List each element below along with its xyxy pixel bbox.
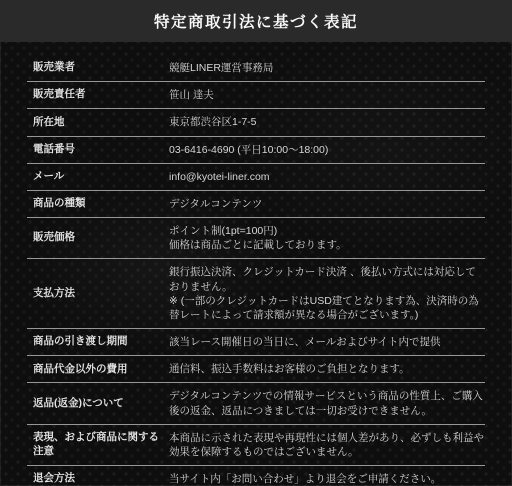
table-row-sales-manager: 販売責任者 笹山 達夫 — [27, 82, 485, 109]
row-label: 返品(返金)について — [27, 397, 169, 411]
row-label: 商品の種類 — [27, 197, 169, 211]
row-label: 表現、および商品に関する注意 — [27, 431, 169, 458]
table-row-seller: 販売業者 競艇LINER運営事務局 — [27, 55, 485, 82]
table-row-delivery-period: 商品の引き渡し期間 該当レース開催日の当日に、メールおよびサイト内で提供 — [27, 329, 485, 356]
table-row-payment-method: 支払方法 銀行振込決済、クレジットカード決済 、後払い方式には対応しておりません… — [27, 259, 485, 329]
row-label: 商品代金以外の費用 — [27, 363, 169, 377]
row-value: デジタルコンテンツ — [169, 197, 485, 211]
page-title: 特定商取引法に基づく表記 — [154, 10, 358, 32]
row-value: 本商品に示された表現や再現性には個人差があり、必ずしも利益や効果を保障するもので… — [169, 431, 485, 459]
row-value: 当サイト内「お問い合わせ」より退会をご申請ください。 — [169, 472, 485, 486]
row-label: 電話番号 — [27, 143, 169, 157]
row-label: 商品の引き渡し期間 — [27, 335, 169, 349]
row-label: 支払方法 — [27, 287, 169, 301]
row-value: 笹山 達夫 — [169, 88, 485, 102]
table-row-address: 所在地 東京都渋谷区1-7-5 — [27, 109, 485, 136]
row-value: 該当レース開催日の当日に、メールおよびサイト内で提供 — [169, 335, 485, 349]
table-row-price: 販売価格 ポイント制(1pt=100円) 価格は商品ごとに記載しております。 — [27, 218, 485, 259]
row-value: 03-6416-4690 (平日10:00〜18:00) — [169, 143, 485, 157]
row-label: メール — [27, 170, 169, 184]
row-value: 東京都渋谷区1-7-5 — [169, 115, 485, 129]
table-row-withdrawal: 退会方法 当サイト内「お問い合わせ」より退会をご申請ください。 — [27, 466, 485, 486]
row-label: 販売責任者 — [27, 88, 169, 102]
row-value: info@kyotei-liner.com — [169, 170, 485, 184]
row-value: 銀行振込決済、クレジットカード決済 、後払い方式には対応しておりません。 ※ (… — [169, 265, 485, 322]
table-row-email: メール info@kyotei-liner.com — [27, 164, 485, 191]
row-label: 販売業者 — [27, 61, 169, 75]
row-label: 販売価格 — [27, 231, 169, 245]
row-value: デジタルコンテンツでの情報サービスという商品の性質上、ご購入後の返金、返品につき… — [169, 389, 485, 417]
row-label: 退会方法 — [27, 472, 169, 486]
page-header: 特定商取引法に基づく表記 — [0, 0, 512, 42]
row-value: 通信料、振込手数料はお客様のご負担となります。 — [169, 362, 485, 376]
table-row-extra-fees: 商品代金以外の費用 通信料、振込手数料はお客様のご負担となります。 — [27, 356, 485, 383]
table-row-product-type: 商品の種類 デジタルコンテンツ — [27, 191, 485, 218]
table-row-phone: 電話番号 03-6416-4690 (平日10:00〜18:00) — [27, 137, 485, 164]
table-row-disclaimer: 表現、および商品に関する注意 本商品に示された表現や再現性には個人差があり、必ず… — [27, 425, 485, 466]
row-label: 所在地 — [27, 116, 169, 130]
table-row-returns: 返品(返金)について デジタルコンテンツでの情報サービスという商品の性質上、ご購… — [27, 383, 485, 424]
legal-notice-page: 特定商取引法に基づく表記 販売業者 競艇LINER運営事務局 販売責任者 笹山 … — [0, 0, 512, 486]
row-value: 競艇LINER運営事務局 — [169, 61, 485, 75]
row-value: ポイント制(1pt=100円) 価格は商品ごとに記載しております。 — [169, 224, 485, 252]
disclosure-table: 販売業者 競艇LINER運営事務局 販売責任者 笹山 達夫 所在地 東京都渋谷区… — [27, 55, 485, 486]
